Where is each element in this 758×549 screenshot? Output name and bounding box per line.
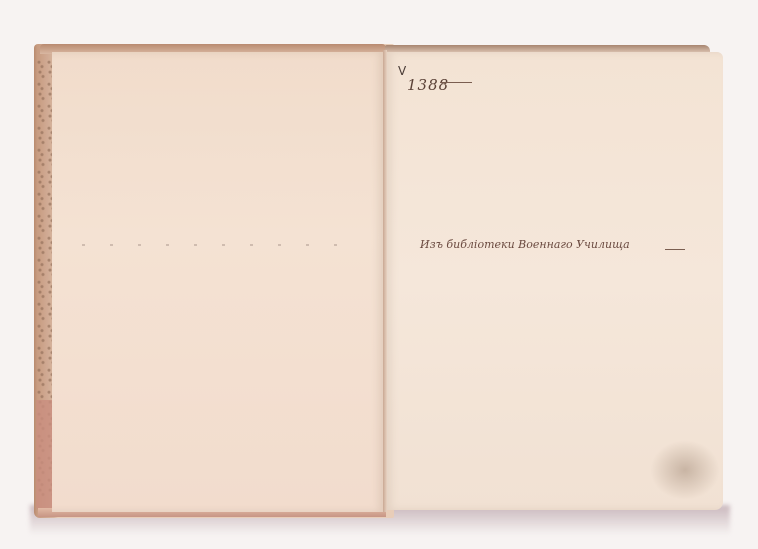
left-endpaper — [52, 52, 385, 512]
page-stain — [650, 440, 720, 500]
handwritten-library-inscription: Изъ библіотеки Военнаго Училища — [420, 238, 630, 251]
handwritten-v-mark: V — [398, 64, 406, 78]
book-gutter — [383, 50, 387, 512]
left-page-bleedthrough — [82, 244, 342, 246]
shelf-number-underline — [440, 82, 472, 83]
handwritten-shelf-number: 1388 — [407, 76, 449, 94]
inscription-trailing-dash — [665, 249, 685, 250]
